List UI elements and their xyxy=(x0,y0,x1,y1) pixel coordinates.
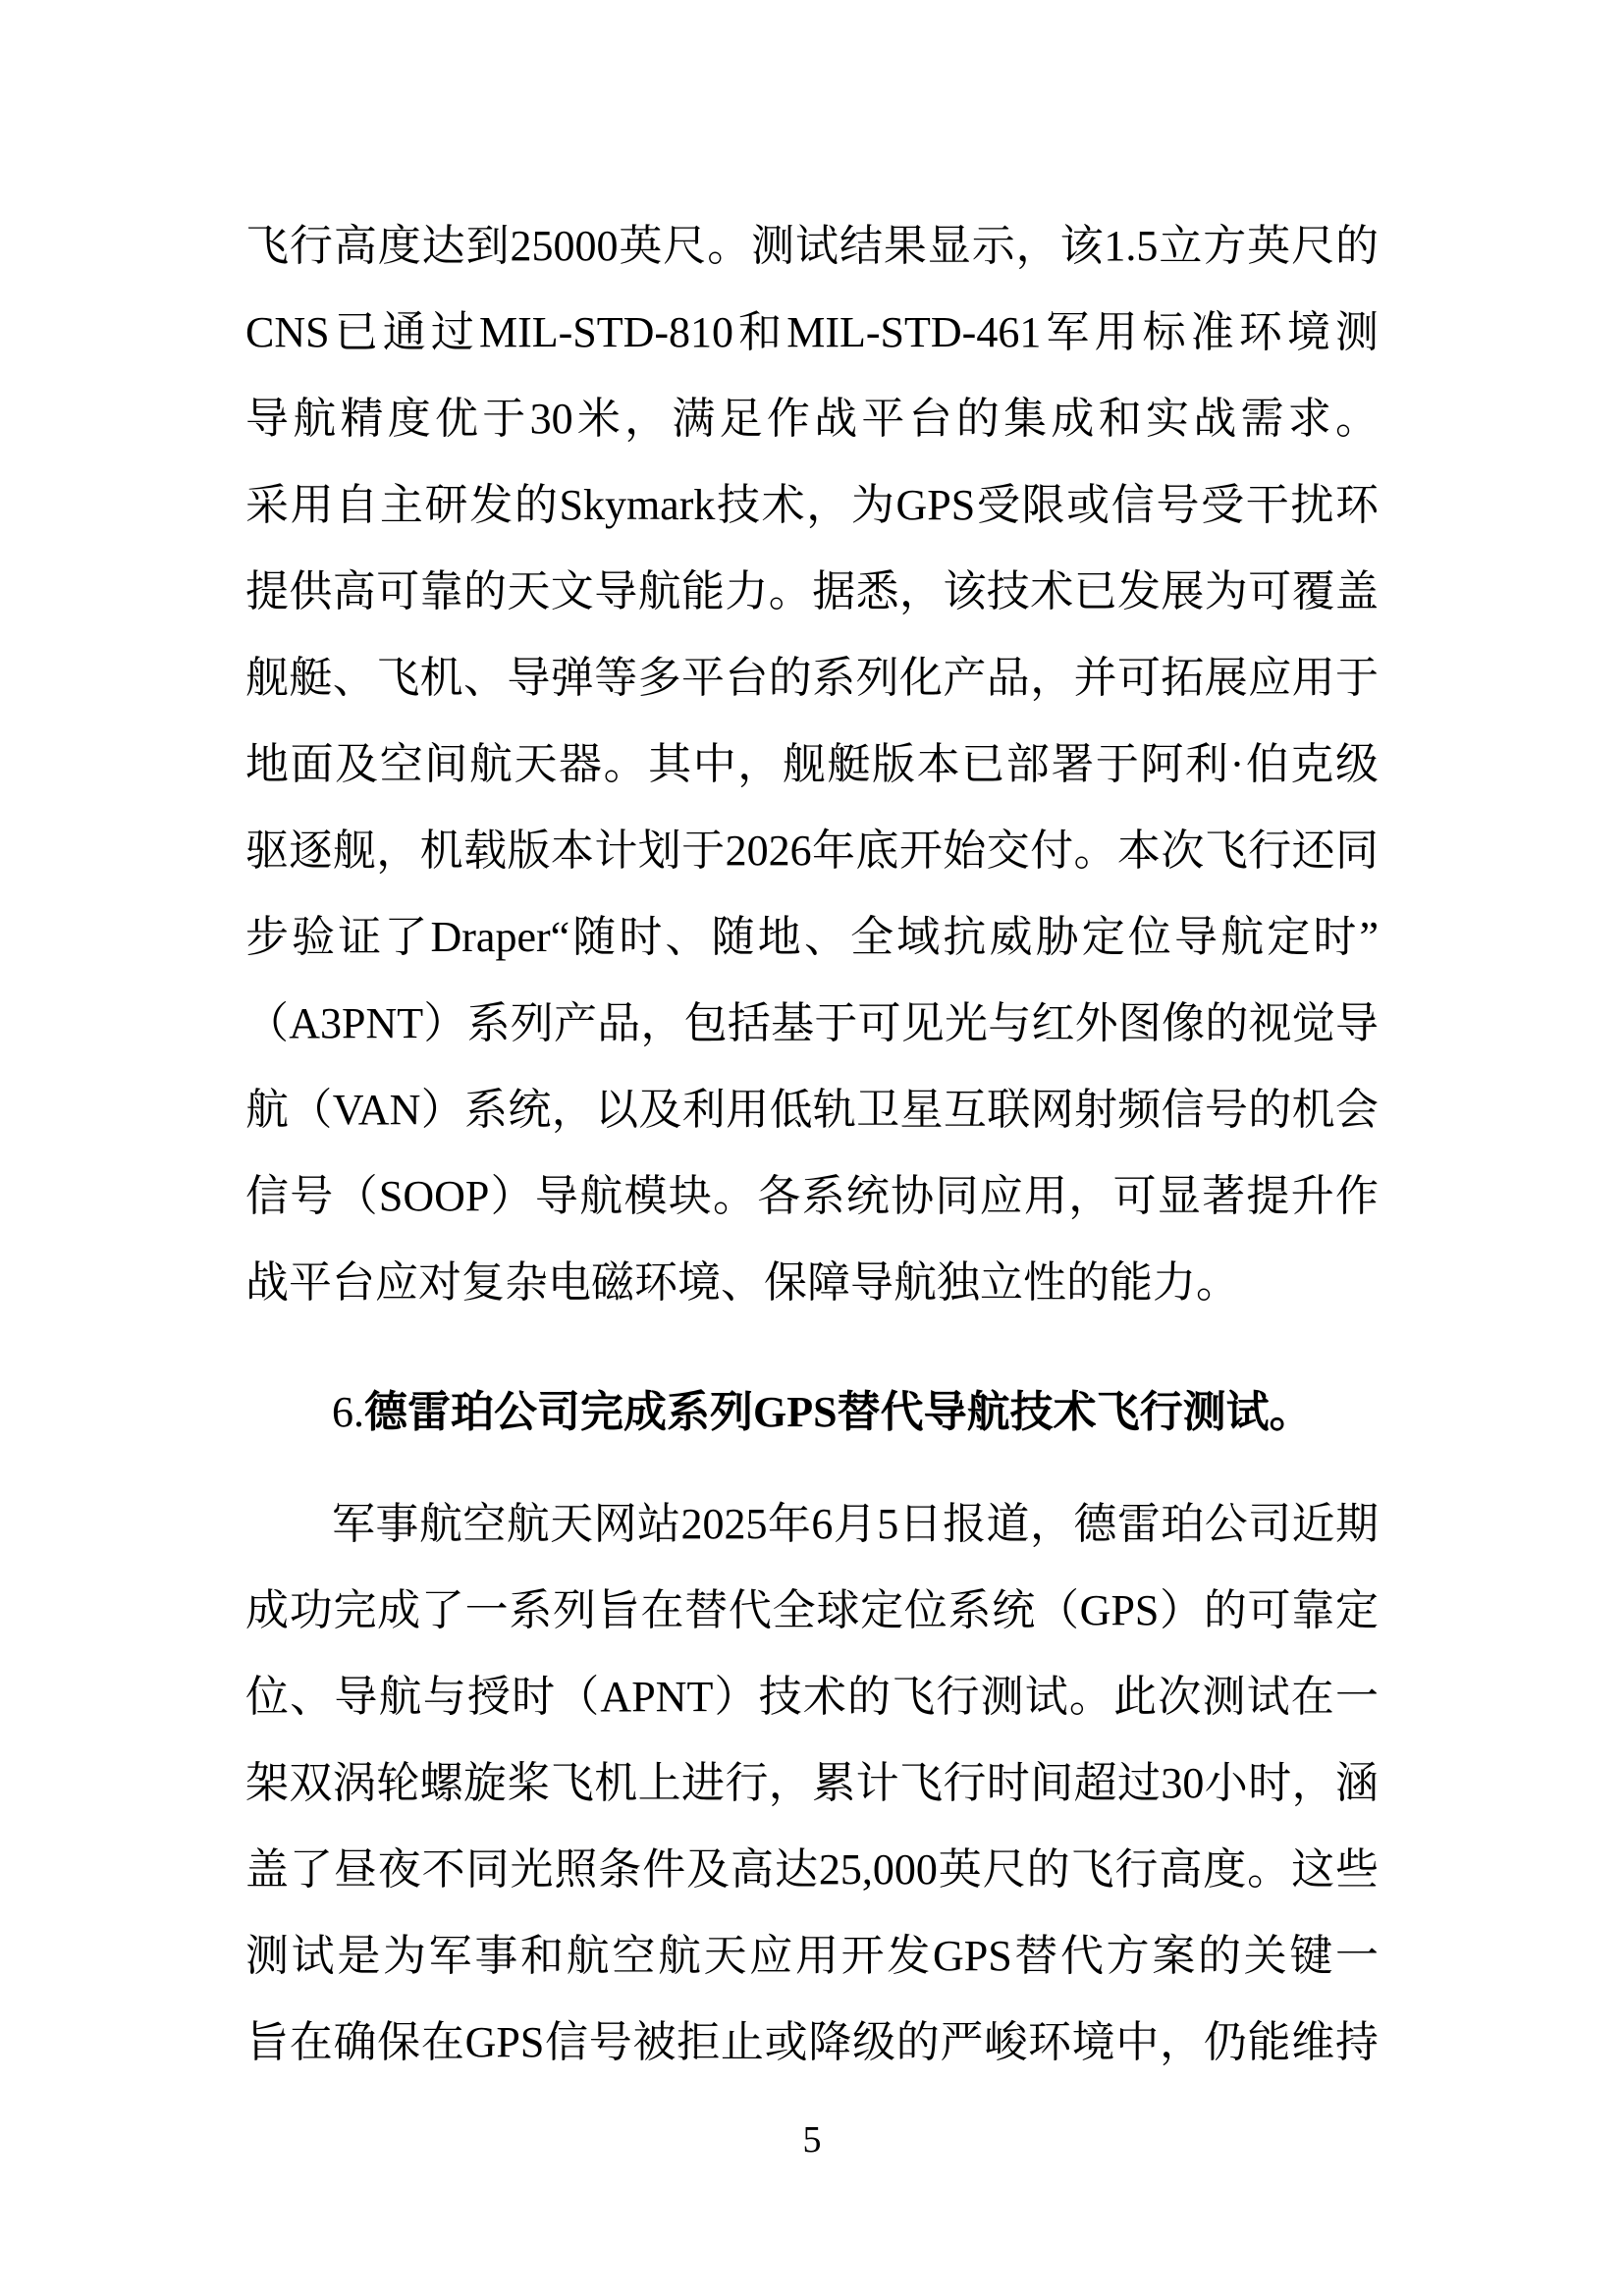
section-heading-number: 6. xyxy=(332,1388,364,1436)
text-line: 成功完成了一系列旨在替代全球定位系统（GPS）的可靠定 xyxy=(245,1568,1379,1654)
text-line: （A3PNT）系列产品，包括基于可见光与红外图像的视觉导 xyxy=(245,981,1379,1067)
page-number: 5 xyxy=(803,2119,822,2161)
text-line: 舰艇、飞机、导弹等多平台的系列化产品，并可拓展应用于 xyxy=(245,635,1379,721)
paragraph-continuation: 飞行高度达到25000英尺。测试结果显示，该1.5立方英尺的CNS已通过MIL-… xyxy=(245,203,1379,1326)
text-line: 军事航空航天网站2025年6月5日报道，德雷珀公司近期 xyxy=(245,1481,1379,1568)
section-heading-title: 德雷珀公司完成系列GPS替代导航技术飞行测试。 xyxy=(364,1388,1313,1436)
text-line: 信号（SOOP）导航模块。各系统协同应用，可显著提升作 xyxy=(245,1153,1379,1240)
text-line: 地面及空间航天器。其中，舰艇版本已部署于阿利·伯克级 xyxy=(245,721,1379,808)
text-line: 步验证了Draper“随时、随地、全域抗威胁定位导航定时” xyxy=(245,894,1379,981)
text-line: 测试是为军事和航空航天应用开发GPS替代方案的关键一步， xyxy=(245,1913,1379,2000)
text-line: 导航精度优于30米，满足作战平台的集成和实战需求。Draper xyxy=(245,376,1379,462)
text-block: 飞行高度达到25000英尺。测试结果显示，该1.5立方英尺的CNS已通过MIL-… xyxy=(245,203,1379,2086)
section-heading: 6.德雷珀公司完成系列GPS替代导航技术飞行测试。 xyxy=(245,1369,1379,1456)
text-line: 采用自主研发的Skymark技术，为GPS受限或信号受干扰环境 xyxy=(245,462,1379,549)
text-line: 旨在确保在GPS信号被拒止或降级的严峻环境中，仍能维持 xyxy=(245,2000,1379,2086)
page-footer: 5 xyxy=(0,2112,1624,2167)
paragraph-body: 军事航空航天网站2025年6月5日报道，德雷珀公司近期成功完成了一系列旨在替代全… xyxy=(245,1481,1379,2086)
text-line: 盖了昼夜不同光照条件及高达25,000英尺的飞行高度。这些 xyxy=(245,1827,1379,1913)
text-line: 位、导航与授时（APNT）技术的飞行测试。此次测试在一 xyxy=(245,1654,1379,1740)
text-line: 架双涡轮螺旋桨飞机上进行，累计飞行时间超过30小时，涵 xyxy=(245,1740,1379,1827)
text-line: 提供高可靠的天文导航能力。据悉，该技术已发展为可覆盖 xyxy=(245,549,1379,635)
text-line: CNS已通过MIL-STD-810和MIL-STD-461军用标准环境测试， xyxy=(245,290,1379,376)
text-line: 驱逐舰，机载版本计划于2026年底开始交付。本次飞行还同 xyxy=(245,808,1379,894)
document-page: 飞行高度达到25000英尺。测试结果显示，该1.5立方英尺的CNS已通过MIL-… xyxy=(0,0,1624,2296)
text-line: 航（VAN）系统，以及利用低轨卫星互联网射频信号的机会 xyxy=(245,1067,1379,1153)
text-line: 战平台应对复杂电磁环境、保障导航独立性的能力。 xyxy=(245,1240,1379,1326)
text-line: 飞行高度达到25000英尺。测试结果显示，该1.5立方英尺的 xyxy=(245,203,1379,290)
